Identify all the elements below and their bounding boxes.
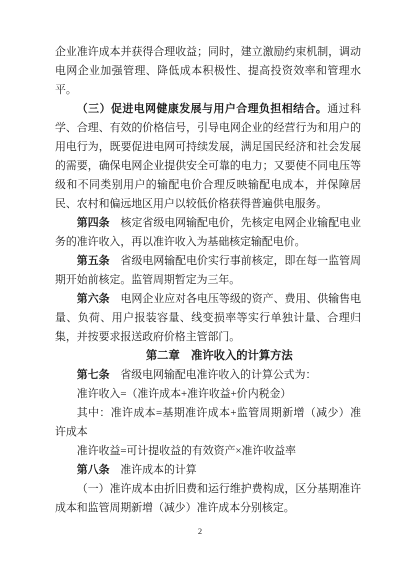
- document-page: 企业准许成本并获得合理收益；同时，建立激励约束机制，调动电网企业加强管理、降低成…: [0, 0, 400, 565]
- paragraph-text: 省级电网输配电准许收入的计算公式为：: [109, 369, 316, 381]
- formula-text: 准许收益=可计提收益的有效资产×准许收益率: [77, 445, 296, 457]
- formula-text: 准许收入=（准许成本+准许收益+价内税金）: [77, 388, 291, 400]
- paragraph-bold-lead: （三）促进电网健康发展与用户合理负担相结合。: [77, 103, 328, 115]
- paragraph-article-4: 第四条 核定省级电网输配电价，先核定电网企业输配电业务的准许收入，再以准许收入为…: [55, 214, 361, 252]
- article-number: 第六条: [77, 293, 110, 305]
- paragraph-article-5: 第五条 省级电网输配电价实行事前核定，即在每一监管周期开始前核定。监管周期暂定为…: [55, 252, 361, 290]
- article-number: 第七条: [77, 369, 110, 381]
- paragraph-continuation: 企业准许成本并获得合理收益；同时，建立激励约束机制，调动电网企业加强管理、降低成…: [55, 43, 361, 100]
- paragraph-article-6: 第六条 电网企业应对各电压等级的资产、费用、供输售电量、负荷、用户报装容量、线变…: [55, 290, 361, 347]
- formula-permitted-cost: 其中：准许成本=基期准许成本+监管周期新增（减少）准许成本: [55, 404, 361, 442]
- paragraph-text: 准许成本的计算: [109, 464, 196, 476]
- paragraph-item-3: （三）促进电网健康发展与用户合理负担相结合。通过科学、合理、有效的价格信号，引导…: [55, 100, 361, 214]
- chapter-heading: 第二章 准许收入的计算方法: [55, 347, 361, 366]
- paragraph-article-7: 第七条 省级电网输配电准许收入的计算公式为：: [55, 366, 361, 385]
- paragraph-text: 企业准许成本并获得合理收益；同时，建立激励约束机制，调动电网企业加强管理、降低成…: [55, 46, 361, 96]
- article-number: 第四条: [77, 217, 110, 229]
- document-body: 企业准许成本并获得合理收益；同时，建立激励约束机制，调动电网企业加强管理、降低成…: [55, 43, 361, 518]
- paragraph-text: （一）准许成本由折旧费和运行维护费构成，区分基期准许成本和监管周期新增（减少）准…: [55, 483, 361, 514]
- paragraph-article-8: 第八条 准许成本的计算: [55, 461, 361, 480]
- article-number: 第五条: [77, 255, 110, 267]
- article-number: 第八条: [77, 464, 110, 476]
- page-number: 2: [0, 526, 400, 536]
- paragraph-item-1: （一）准许成本由折旧费和运行维护费构成，区分基期准许成本和监管周期新增（减少）准…: [55, 480, 361, 518]
- paragraph-text: 通过科学、合理、有效的价格信号，引导电网企业的经营行为和用户的用电行为，既要促进…: [55, 103, 361, 210]
- formula-permitted-return: 准许收益=可计提收益的有效资产×准许收益率: [55, 442, 361, 461]
- formula-permitted-revenue: 准许收入=（准许成本+准许收益+价内税金）: [55, 385, 361, 404]
- formula-text: 其中：准许成本=基期准许成本+监管周期新增（减少）准许成本: [55, 407, 361, 438]
